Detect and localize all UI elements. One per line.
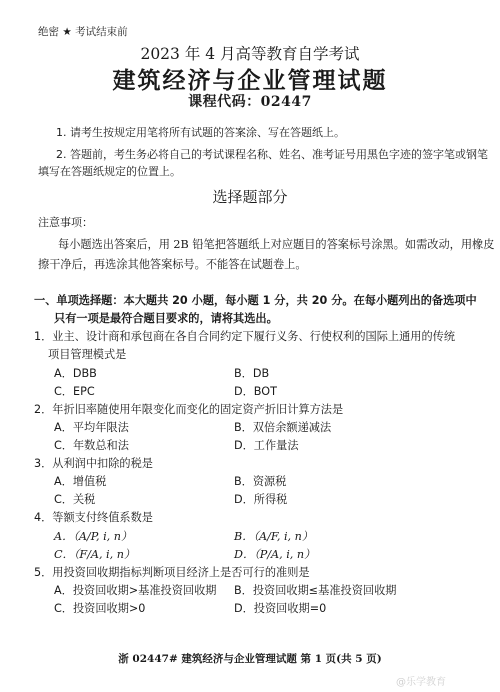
question-4-option-b: B．（A/F, i, n）: [234, 528, 313, 544]
confidential-mark: 绝密 ★ 考试结束前: [38, 24, 128, 39]
question-1-stem-cont: 项目管理模式是: [48, 346, 126, 362]
page-footer: 浙 02447# 建筑经济与企业管理试题 第 1 页(共 5 页): [0, 651, 500, 666]
question-1-option-a: A．DBB: [54, 365, 97, 381]
question-3-option-d: D．所得税: [234, 491, 287, 507]
question-1-option-d: D．BOT: [234, 383, 277, 399]
part1-heading-cont: 只有一项是最符合题目要求的，请将其选出。: [54, 310, 278, 326]
question-3-option-a: A．增值税: [54, 473, 106, 489]
question-4-option-a: A．（A/P, i, n）: [54, 528, 132, 544]
question-1-stem: 1．业主、设计商和承包商在各自合同约定下履行义务、行使权利的国际上通用的传统: [34, 328, 455, 344]
question-1-option-c: C．EPC: [54, 383, 95, 399]
question-4-stem: 4．等额支付终值系数是: [34, 509, 153, 525]
question-5-option-d: D．投资回收期=0: [234, 600, 326, 616]
question-2-option-b: B．双倍余额递减法: [234, 419, 331, 435]
part1-heading: 一、单项选择题：本大题共 20 小题，每小题 1 分，共 20 分。在每小题列出…: [34, 292, 477, 308]
instruction-2: 2. 答题前，考生务必将自己的考试课程名称、姓名、准考证号用黑色字迹的签字笔或钢…: [56, 146, 488, 162]
question-3-option-b: B．资源税: [234, 473, 286, 489]
instruction-2-cont: 填写在答题纸规定的位置上。: [38, 163, 181, 179]
instruction-1: 1. 请考生按规定用笔将所有试题的答案涂、写在答题纸上。: [56, 124, 345, 140]
question-2-option-d: D．工作量法: [234, 437, 299, 453]
question-2-stem: 2．年折旧率随使用年限变化而变化的固定资产折旧计算方法是: [34, 401, 343, 417]
question-5-option-a: A．投资回收期>基准投资回收期: [54, 582, 216, 598]
notes-line-1: 每小题选出答案后，用 2B 铅笔把答题纸上对应题目的答案标号涂黑。如需改动，用橡…: [58, 236, 494, 252]
question-4-option-c: C．（F/A, i, n）: [54, 546, 135, 562]
question-3-option-c: C．关税: [54, 491, 95, 507]
section-title: 选择题部分: [0, 186, 500, 207]
notes-label: 注意事项：: [38, 214, 93, 230]
question-1-option-b: B．DB: [234, 365, 269, 381]
question-2-option-a: A．平均年限法: [54, 419, 129, 435]
question-5-option-b: B．投资回收期≤基准投资回收期: [234, 582, 397, 598]
exam-session: 2023 年 4 月高等教育自学考试: [0, 42, 500, 64]
question-5-option-c: C．投资回收期>0: [54, 600, 145, 616]
question-3-stem: 3．从利润中扣除的税是: [34, 455, 153, 471]
notes-line-2: 擦干净后，再选涂其他答案标号。不能答在试题卷上。: [38, 256, 307, 272]
watermark: @乐学教育: [396, 673, 446, 688]
question-2-option-c: C．年数总和法: [54, 437, 129, 453]
question-5-stem: 5．用投资回收期指标判断项目经济上是否可行的准则是: [34, 564, 310, 580]
question-4-option-d: D．（P/A, i, n）: [234, 546, 315, 562]
course-code: 课程代码：02447: [0, 91, 500, 111]
